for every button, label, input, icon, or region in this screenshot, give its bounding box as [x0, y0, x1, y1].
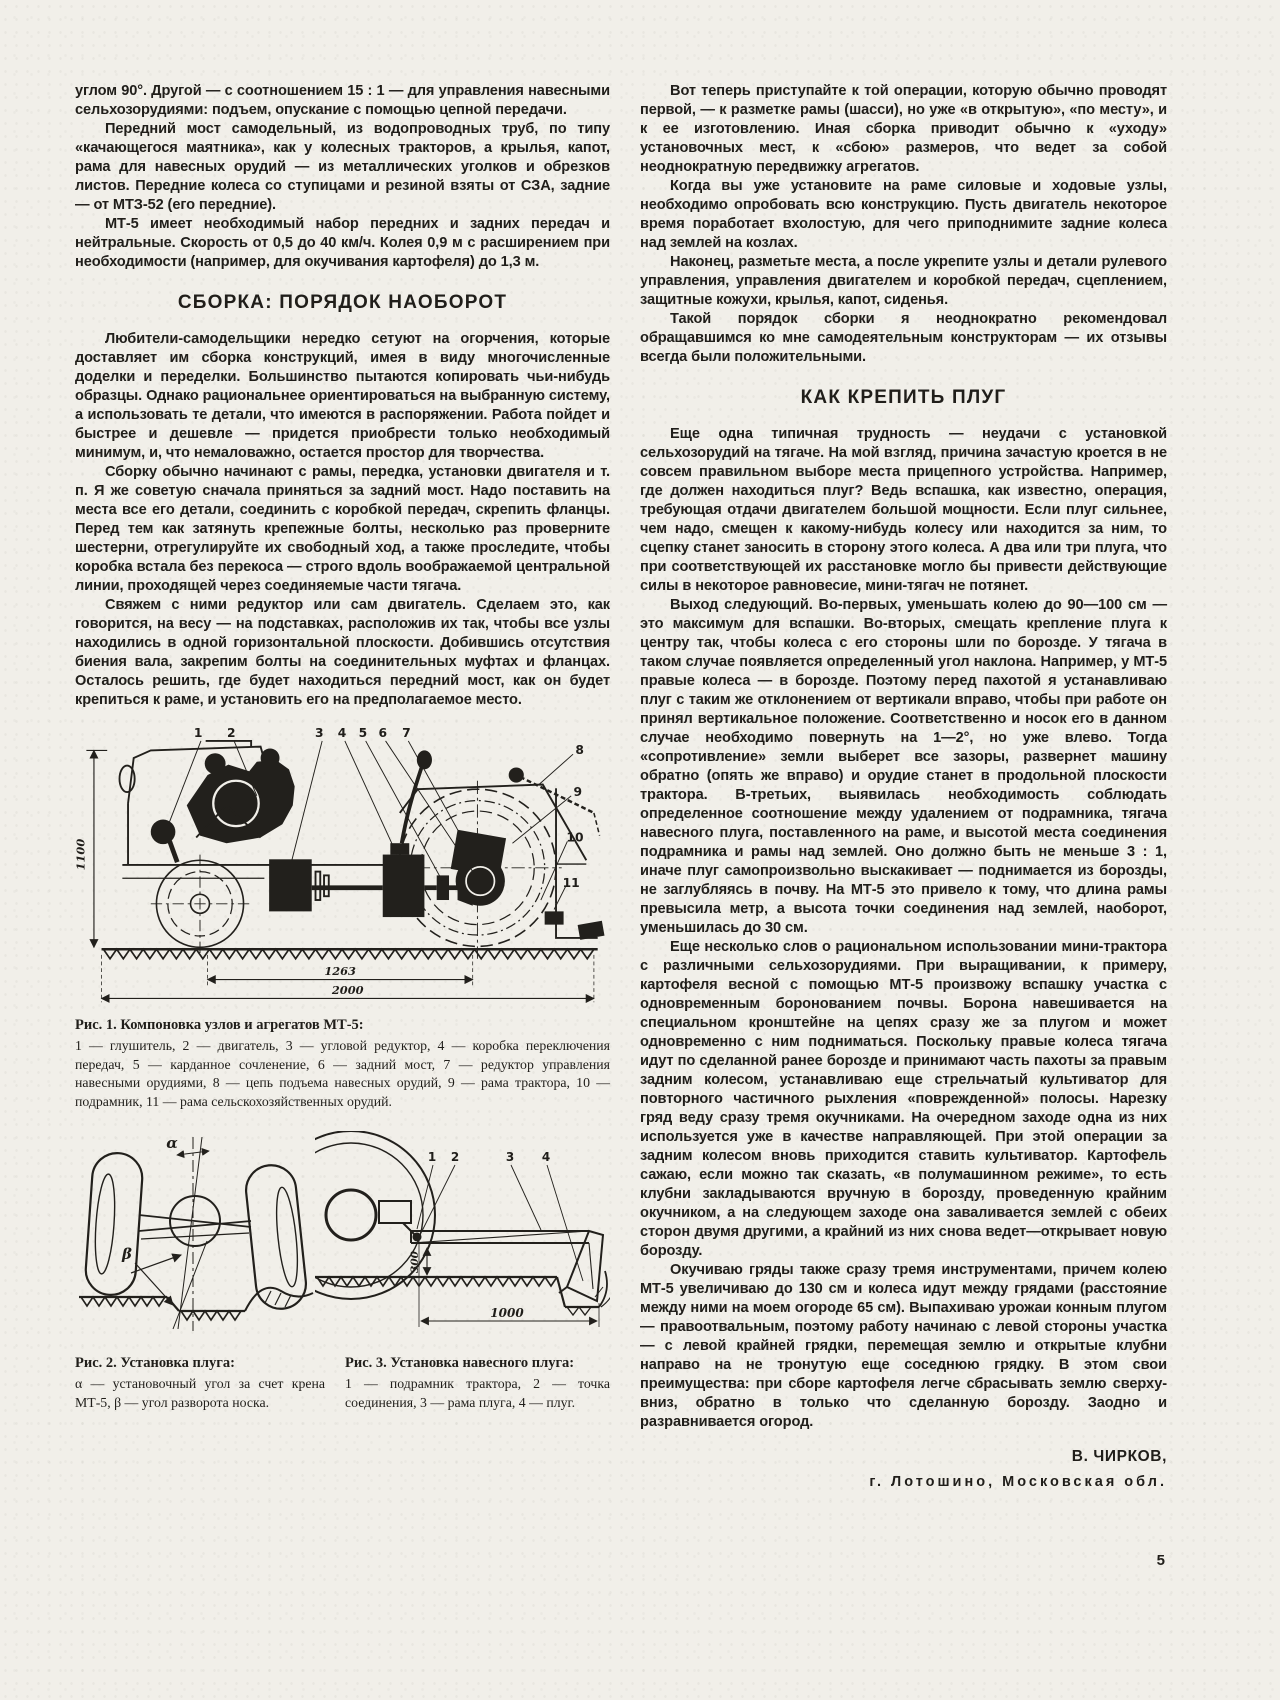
- fig3-connection-point: [413, 1233, 422, 1242]
- fig1-callout-6: 6: [378, 726, 387, 740]
- figures-2-3-captions: Рис. 2. Установка плуга: α — установочны…: [75, 1354, 610, 1412]
- figure-1-caption: Рис. 1. Компоновка узлов и агрегатов МТ-…: [75, 1016, 610, 1111]
- fig2-beta-label: β: [121, 1245, 132, 1263]
- fig1-callout-2: 2: [227, 726, 236, 740]
- fig3-callout-3: 3: [506, 1150, 514, 1164]
- section-heading-plough: КАК КРЕПИТЬ ПЛУГ: [640, 387, 1167, 409]
- fig1-front-wheel: [151, 855, 249, 953]
- author-name: В. ЧИРКОВ,: [640, 1448, 1167, 1466]
- fig3-callout-1: 1: [428, 1150, 436, 1164]
- magazine-page: углом 90°. Другой — с соотношением 15 : …: [0, 0, 1280, 1700]
- fig1-dim-wheelbase-label: 1263: [324, 964, 356, 978]
- fig3-leader-lines: [417, 1165, 583, 1281]
- page-number: 5: [640, 1552, 1167, 1569]
- paragraph: Сборку обычно начинают с рамы, передка, …: [75, 463, 610, 596]
- fig1-callout-1: 1: [194, 726, 203, 740]
- paragraph: Вот теперь приступайте к той операции, к…: [640, 82, 1167, 177]
- right-column: Вот теперь приступайте к той операции, к…: [640, 82, 1167, 1569]
- figure-2-plough-angles-drawing: α β: [75, 1131, 315, 1336]
- fig3-ground: [315, 1271, 610, 1315]
- paragraph: Когда вы уже установите на раме силовые …: [640, 177, 1167, 253]
- fig1-ground: [102, 949, 598, 958]
- section-heading-assembly: СБОРКА: ПОРЯДОК НАОБОРОТ: [75, 292, 610, 314]
- figure-3-mounted-plough-drawing: 300 1000 1 2 3 4: [315, 1131, 610, 1336]
- fig1-callout-4: 4: [338, 726, 347, 740]
- figures-2-3-row: α β: [75, 1131, 610, 1336]
- paragraph: Свяжем с ними редуктор или сам двигатель…: [75, 596, 610, 710]
- paragraph: МТ-5 имеет необходимый набор передних и …: [75, 215, 610, 272]
- paragraph: Такой порядок сборки я неоднократно реко…: [640, 310, 1167, 367]
- figure-2-caption: Рис. 2. Установка плуга: α — установочны…: [75, 1354, 325, 1412]
- fig1-callout-8: 8: [575, 743, 584, 757]
- paragraph: углом 90°. Другой — с соотношением 15 : …: [75, 82, 610, 120]
- fig3-callout-2: 2: [451, 1150, 459, 1164]
- fig1-callout-3: 3: [315, 726, 324, 740]
- figure-2-caption-title: Рис. 2. Установка плуга:: [75, 1354, 325, 1373]
- fig1-callout-9: 9: [574, 785, 583, 799]
- paragraph: Передний мост самодельный, из водопровод…: [75, 120, 610, 215]
- paragraph: Выход следующий. Во-первых, уменьшать ко…: [640, 596, 1167, 938]
- paragraph: Еще одна типичная трудность — неудачи с …: [640, 425, 1167, 596]
- paragraph: Еще несколько слов о рациональном исполь…: [640, 938, 1167, 1261]
- author-location: г. Лотошино, Московская обл.: [640, 1474, 1167, 1490]
- figure-2-caption-legend: α — установочный угол за счет крена МТ-5…: [75, 1375, 325, 1412]
- fig2-lines: [84, 1137, 308, 1331]
- fig2-ground: [79, 1288, 313, 1320]
- two-column-layout: углом 90°. Другой — с соотношением 15 : …: [0, 0, 1280, 1569]
- paragraph: Любители-самодельщики нередко сетуют на …: [75, 330, 610, 463]
- fig1-dim-length-label: 2000: [331, 983, 364, 997]
- figure-3-caption: Рис. 3. Установка навесного плуга: 1 — п…: [345, 1354, 610, 1412]
- fig3-dim-height-label: 300: [409, 1250, 421, 1273]
- author-block: В. ЧИРКОВ, г. Лотошино, Московская обл.: [640, 1448, 1167, 1490]
- left-column: углом 90°. Другой — с соотношением 15 : …: [75, 82, 610, 1569]
- figure-1-caption-legend: 1 — глушитель, 2 — двигатель, 3 — углово…: [75, 1037, 610, 1111]
- fig3-dim-length-label: 1000: [490, 1306, 524, 1320]
- fig1-callout-5: 5: [359, 726, 368, 740]
- fig3-callout-4: 4: [542, 1150, 550, 1164]
- fig1-callout-7: 7: [402, 726, 411, 740]
- figure-3-caption-legend: 1 — подрамник трактора, 2 — точка соедин…: [345, 1375, 610, 1412]
- fig1-dim-height-label: 1100: [75, 839, 87, 871]
- fig2-alpha-label: α: [166, 1134, 178, 1152]
- figure-1-caption-title: Рис. 1. Компоновка узлов и агрегатов МТ-…: [75, 1016, 610, 1035]
- paragraph: Наконец, разметьте места, а после укрепи…: [640, 253, 1167, 310]
- fig1-engine-drivetrain: [151, 749, 605, 940]
- paragraph: Окучиваю гряды также сразу тремя инструм…: [640, 1261, 1167, 1432]
- figure-3-caption-title: Рис. 3. Установка навесного плуга:: [345, 1354, 610, 1373]
- fig1-callout-11: 11: [563, 876, 580, 890]
- fig1-callout-10: 10: [566, 830, 583, 844]
- figure-1-tractor-drawing: 1100 1263 2000 1 2 3 4 5 6 7 8 9 10 11: [75, 722, 610, 1006]
